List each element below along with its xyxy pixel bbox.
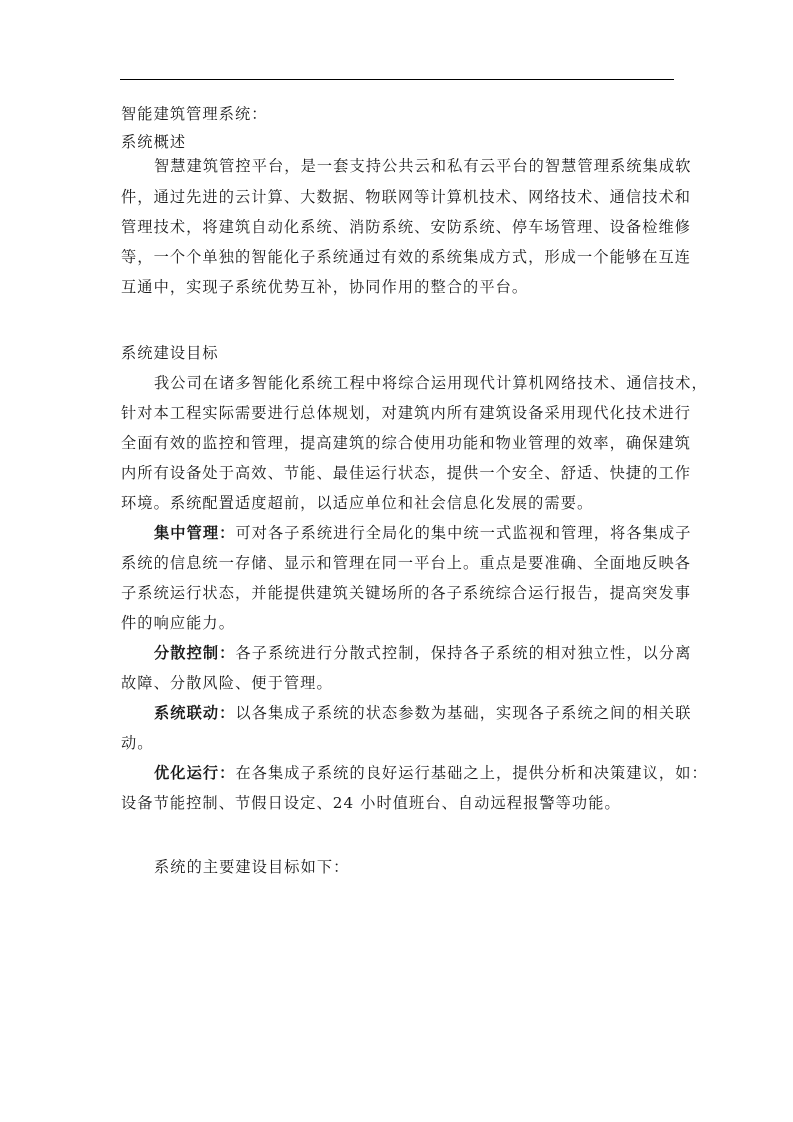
text-line: 等，一个个单独的智能化子系统通过有效的系统集成方式，形成一个能够在互连 [121, 242, 675, 272]
goal-item-distributed-control: 分散控制：各子系统进行分散式控制，保持各子系统的相对独立性，以分离 故障、分散风… [121, 638, 675, 698]
goal-item-label: 集中管理： [154, 524, 235, 542]
goal-item-label: 优化运行： [154, 764, 235, 782]
text-line: 子系统运行状态，并能提供建筑关键场所的各子系统综合运行报告，提高突发事 [121, 578, 675, 608]
goal-item-centralized-management: 集中管理：可对各子系统进行全局化的集中统一式监视和管理，将各集成子 系统的信息统… [121, 518, 675, 638]
text-line: 件的响应能力。 [121, 608, 675, 638]
goal-item-label: 分散控制： [154, 644, 235, 662]
goal-item-label: 系统联动： [154, 704, 235, 722]
goal-item-optimized-operation: 优化运行：在各集成子系统的良好运行基础之上，提供分析和决策建议，如： 设备节能控… [121, 758, 675, 818]
goal-item-text: 在各集成子系统的良好运行基础之上，提供分析和决策建议，如： [235, 764, 707, 782]
header-rule [120, 79, 674, 80]
section-heading-goals: 系统建设目标 [121, 338, 675, 368]
goal-item-first-line: 分散控制：各子系统进行分散式控制，保持各子系统的相对独立性，以分离 [121, 638, 675, 668]
text-line: 件，通过先进的云计算、大数据、物联网等计算机技术、网络技术、通信技术和 [121, 182, 675, 212]
closing-line: 系统的主要建设目标如下： [121, 852, 675, 882]
document-body: 智能建筑管理系统： 系统概述 智慧建筑管控平台，是一套支持公共云和私有云平台的智… [121, 100, 675, 882]
goal-item-text: 可对各子系统进行全局化的集中统一式监视和管理，将各集成子 [235, 524, 691, 542]
overview-paragraph: 智慧建筑管控平台，是一套支持公共云和私有云平台的智慧管理系统集成软 件，通过先进… [121, 156, 675, 302]
goal-item-first-line: 优化运行：在各集成子系统的良好运行基础之上，提供分析和决策建议，如： [121, 758, 675, 788]
text-line: 内所有设备处于高效、节能、最佳运行状态，提供一个安全、舒适、快捷的工作 [121, 458, 675, 488]
document-title: 智能建筑管理系统： [121, 100, 675, 128]
goals-intro-paragraph: 我公司在诸多智能化系统工程中将综合运用现代计算机网络技术、通信技术， 针对本工程… [121, 368, 675, 518]
text-line: 系统的信息统一存储、显示和管理在同一平台上。重点是要准确、全面地反映各 [121, 548, 675, 578]
text-line: 互通中，实现子系统优势互补，协同作用的整合的平台。 [121, 272, 675, 302]
text-line: 智慧建筑管控平台，是一套支持公共云和私有云平台的智慧管理系统集成软 [121, 156, 675, 182]
goal-item-first-line: 集中管理：可对各子系统进行全局化的集中统一式监视和管理，将各集成子 [121, 518, 675, 548]
text-line: 动。 [121, 728, 675, 758]
blank-line [121, 302, 675, 338]
text-line: 环境。系统配置适度超前，以适应单位和社会信息化发展的需要。 [121, 488, 675, 518]
text-line: 故障、分散风险、便于管理。 [121, 668, 675, 698]
goal-item-system-linkage: 系统联动：以各集成子系统的状态参数为基础，实现各子系统之间的相关联 动。 [121, 698, 675, 758]
section-heading-overview: 系统概述 [121, 128, 675, 156]
text-line: 我公司在诸多智能化系统工程中将综合运用现代计算机网络技术、通信技术， [121, 368, 675, 398]
text-line: 管理技术，将建筑自动化系统、消防系统、安防系统、停车场管理、设备检维修 [121, 212, 675, 242]
goal-item-first-line: 系统联动：以各集成子系统的状态参数为基础，实现各子系统之间的相关联 [121, 698, 675, 728]
text-line: 针对本工程实际需要进行总体规划，对建筑内所有建筑设备采用现代化技术进行 [121, 398, 675, 428]
text-line: 全面有效的监控和管理，提高建筑的综合使用功能和物业管理的效率，确保建筑 [121, 428, 675, 458]
goal-item-text: 以各集成子系统的状态参数为基础，实现各子系统之间的相关联 [235, 704, 691, 722]
text-line: 设备节能控制、节假日设定、24 小时值班台、自动远程报警等功能。 [121, 788, 675, 818]
goal-item-text: 各子系统进行分散式控制，保持各子系统的相对独立性，以分离 [235, 644, 691, 662]
blank-line [121, 818, 675, 852]
